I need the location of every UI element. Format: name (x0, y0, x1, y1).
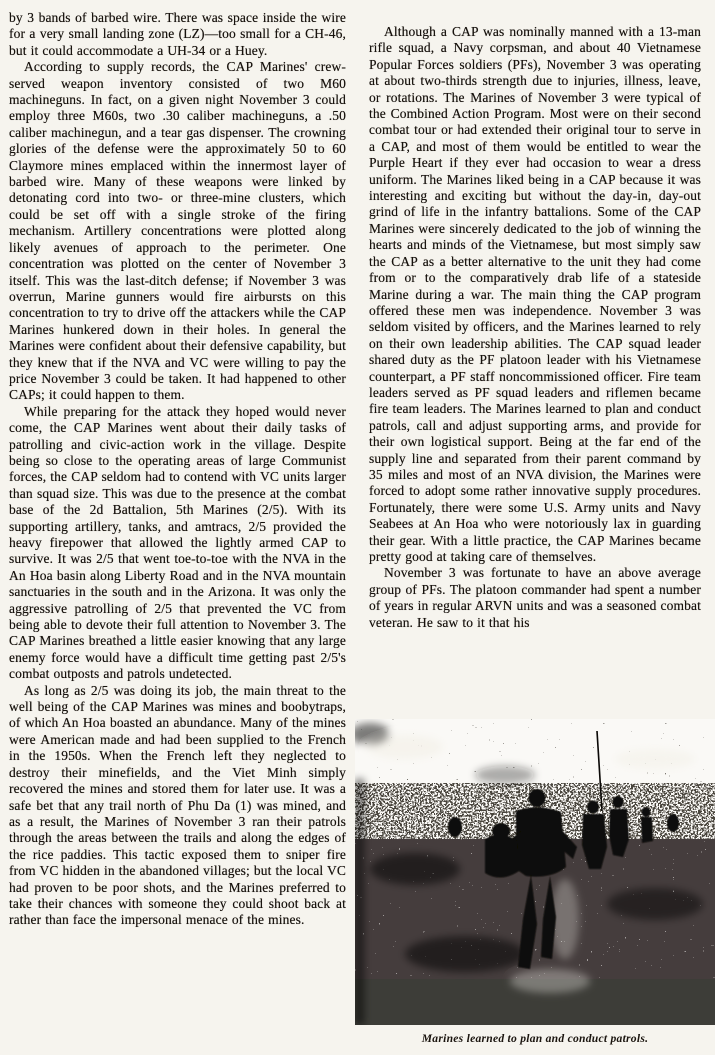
photo-figure: Marines learned to plan and conduct patr… (355, 719, 715, 1045)
paragraph: November 3 was fortunate to have an abov… (369, 565, 701, 631)
marines-patrol-photo (355, 719, 715, 1025)
paragraph-continuation: by 3 bands of barbed wire. There was spa… (9, 10, 346, 59)
paragraph: According to supply records, the CAP Mar… (9, 59, 346, 404)
paragraph: Although a CAP was nominally manned with… (369, 24, 701, 565)
paragraph: As long as 2/5 was doing its job, the ma… (9, 683, 346, 929)
document-page: by 3 bands of barbed wire. There was spa… (0, 0, 715, 1055)
paragraph: While preparing for the attack they hope… (9, 404, 346, 683)
left-column: by 3 bands of barbed wire. There was spa… (9, 10, 346, 1055)
photo-caption: Marines learned to plan and conduct patr… (355, 1032, 715, 1045)
right-column: Although a CAP was nominally manned with… (369, 10, 701, 1055)
